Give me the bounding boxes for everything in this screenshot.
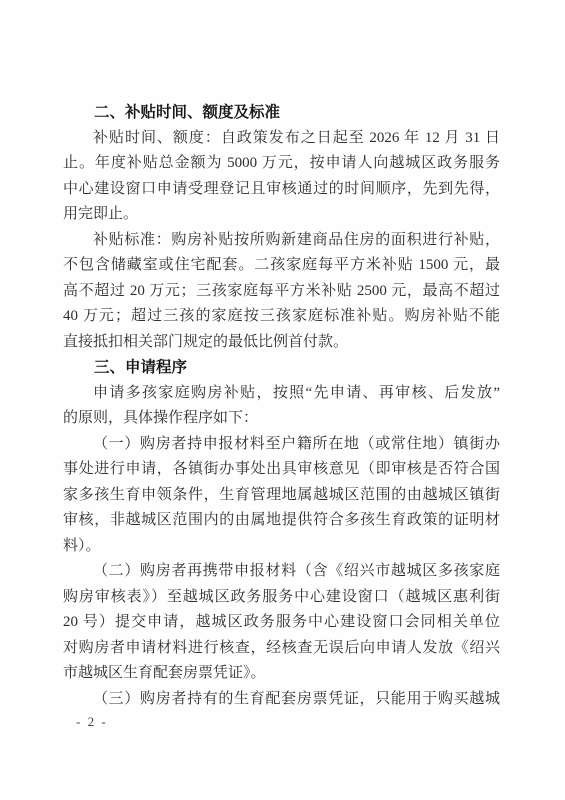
text-line: 40 万元；超过三孩的家庭按三孩家庭标准补贴。购房补贴不能 — [63, 304, 500, 330]
text-line: 止。年度补贴总金额为 5000 万元，按申请人向越城区政务服务 — [63, 151, 500, 177]
text-line: 20 号）提交申请，越城区政务服务中心建设窗口会同相关单位 — [63, 610, 500, 636]
paragraph-subsidy-standard: 补贴标准：购房补贴按所购新建商品住房的面积进行补贴， 不包含储藏室或住宅配套。二… — [63, 228, 500, 356]
text-line: 市越城区生育配套房票凭证》。 — [63, 661, 500, 687]
text-line: 对购房者申请材料进行核查，经核查无误后向申请人发放《绍兴 — [63, 636, 500, 662]
section-heading-application-procedure: 三、申请程序 — [63, 355, 500, 381]
text-line: 的原则，具体操作程序如下： — [63, 406, 500, 432]
text-line: 家多孩生育申领条件，生育管理地属越城区范围的由越城区镇街 — [63, 483, 500, 509]
paragraph-step-one: （一）购房者持申报材料至户籍所在地（或常住地）镇街办 事处进行申请，各镇街办事处… — [63, 432, 500, 560]
paragraph-subsidy-time: 补贴时间、额度：自政策发布之日起至 2026 年 12 月 31 日 止。年度补… — [63, 126, 500, 228]
text-line: （一）购房者持申报材料至户籍所在地（或常住地）镇街办 — [63, 432, 500, 458]
text-line: 购房审核表》）至越城区政务服务中心建设窗口（越城区惠利街 — [63, 585, 500, 611]
text-line: 料）。 — [63, 534, 500, 560]
document-page: 二、补贴时间、额度及标准 补贴时间、额度：自政策发布之日起至 2026 年 12… — [0, 0, 565, 800]
paragraph-step-three: （三）购房者持有的生育配套房票凭证，只能用于购买越城 — [63, 687, 500, 713]
paragraph-procedure-intro: 申请多孩家庭购房补贴，按照“先申请、再审核、后发放” 的原则，具体操作程序如下： — [63, 381, 500, 432]
text-line: 申请多孩家庭购房补贴，按照“先申请、再审核、后发放” — [63, 381, 500, 407]
text-line: 事处进行申请，各镇街办事处出具审核意见（即审核是否符合国 — [63, 457, 500, 483]
text-line: （三）购房者持有的生育配套房票凭证，只能用于购买越城 — [63, 687, 500, 713]
paragraph-step-two: （二）购房者再携带申报材料（含《绍兴市越城区多孩家庭 购房审核表》）至越城区政务… — [63, 559, 500, 687]
text-line: 高不超过 20 万元；三孩家庭每平方米补贴 2500 元，最高不超过 — [63, 279, 500, 305]
section-heading-subsidy-terms: 二、补贴时间、额度及标准 — [63, 100, 500, 126]
text-line: 补贴标准：购房补贴按所购新建商品住房的面积进行补贴， — [63, 228, 500, 254]
text-line: 补贴时间、额度：自政策发布之日起至 2026 年 12 月 31 日 — [63, 126, 500, 152]
text-line: 直接抵扣相关部门规定的最低比例首付款。 — [63, 330, 500, 356]
text-line: 中心建设窗口申请受理登记且审核通过的时间顺序，先到先得， — [63, 177, 500, 203]
document-body: 二、补贴时间、额度及标准 补贴时间、额度：自政策发布之日起至 2026 年 12… — [63, 100, 500, 712]
text-line: 用完即止。 — [63, 202, 500, 228]
text-line: 不包含储藏室或住宅配套。二孩家庭每平方米补贴 1500 元，最 — [63, 253, 500, 279]
page-number: - 2 - — [76, 714, 108, 730]
text-line: （二）购房者再携带申报材料（含《绍兴市越城区多孩家庭 — [63, 559, 500, 585]
text-line: 审核，非越城区范围内的由属地提供符合多孩生育政策的证明材 — [63, 508, 500, 534]
